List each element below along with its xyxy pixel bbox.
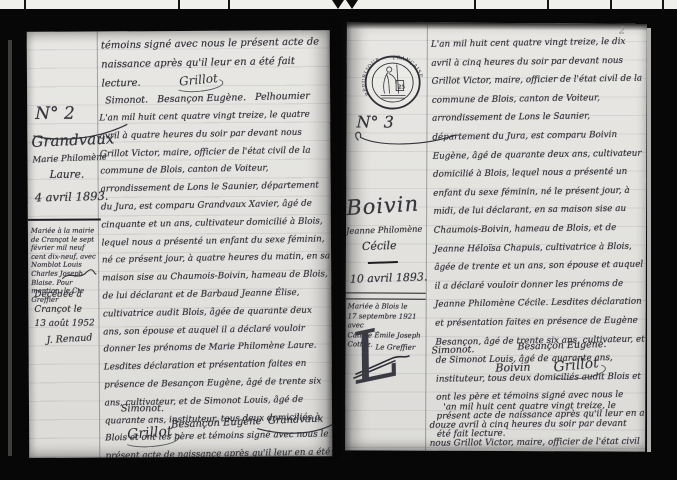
next-act-opening-text: 'an mil huit cent quatre vingt treize, l… — [429, 397, 644, 452]
simonot-signature: Simonot. — [121, 403, 164, 414]
film-registration-triangle-icon — [332, 0, 344, 9]
greffier-signature-flourish — [60, 269, 98, 281]
film-tick-mark — [474, 0, 476, 9]
page-top-shadow — [347, 22, 647, 30]
grillot-signature: Grillot — [178, 71, 218, 89]
film-tick-mark — [547, 0, 549, 9]
death-note-signature: J. Renaud — [46, 332, 92, 346]
boivin-signature: Boivin — [495, 361, 530, 375]
margin-divider-line — [28, 218, 101, 221]
margin-divider-line — [346, 292, 426, 299]
act-date: 10 avril 1893. — [350, 270, 428, 285]
death-margin-note: Décédée à Crançot le 13 août 1952 — [34, 287, 100, 331]
fiscal-stamp: RÉPUBLIQUE FRANÇAISE 25 — [363, 54, 423, 112]
child-given-names: Laure. — [50, 169, 85, 181]
book-cover-edge — [8, 40, 12, 456]
film-tick-mark — [178, 0, 180, 9]
microfilm-frame: témoins signé avec nous le présent acte … — [0, 0, 677, 480]
book-gutter-shadow — [326, 22, 352, 460]
grillot-signature: Grillot — [553, 355, 600, 375]
film-tick-mark — [228, 0, 230, 9]
register-left-page: témoins signé avec nous le présent acte … — [27, 30, 333, 458]
signature-flourish — [255, 422, 332, 438]
child-given-names: Cécile — [362, 239, 397, 253]
film-tick-mark — [610, 0, 612, 9]
film-registration-triangle-icon — [346, 0, 358, 9]
margin-dash — [368, 261, 398, 264]
child-given-names: Jeanne Philomène — [346, 223, 436, 236]
film-edge-strip — [0, 0, 677, 9]
film-tick-mark — [24, 0, 26, 9]
stamp-value: 25 — [397, 85, 405, 91]
simonot-signature: Simonot. — [431, 344, 474, 356]
act-3-body-text: L'an mil huit cent quatre vingt treize, … — [431, 33, 647, 445]
grillot-signature: Grillot — [127, 423, 173, 442]
film-tick-mark — [662, 0, 664, 9]
register-right-page: 2 RÉPUBLIQUE FRANÇAISE — [345, 22, 647, 451]
page-edge-sliver — [647, 28, 651, 452]
margin-rule — [425, 23, 428, 451]
act-date: 4 avril 1893. — [35, 189, 109, 205]
